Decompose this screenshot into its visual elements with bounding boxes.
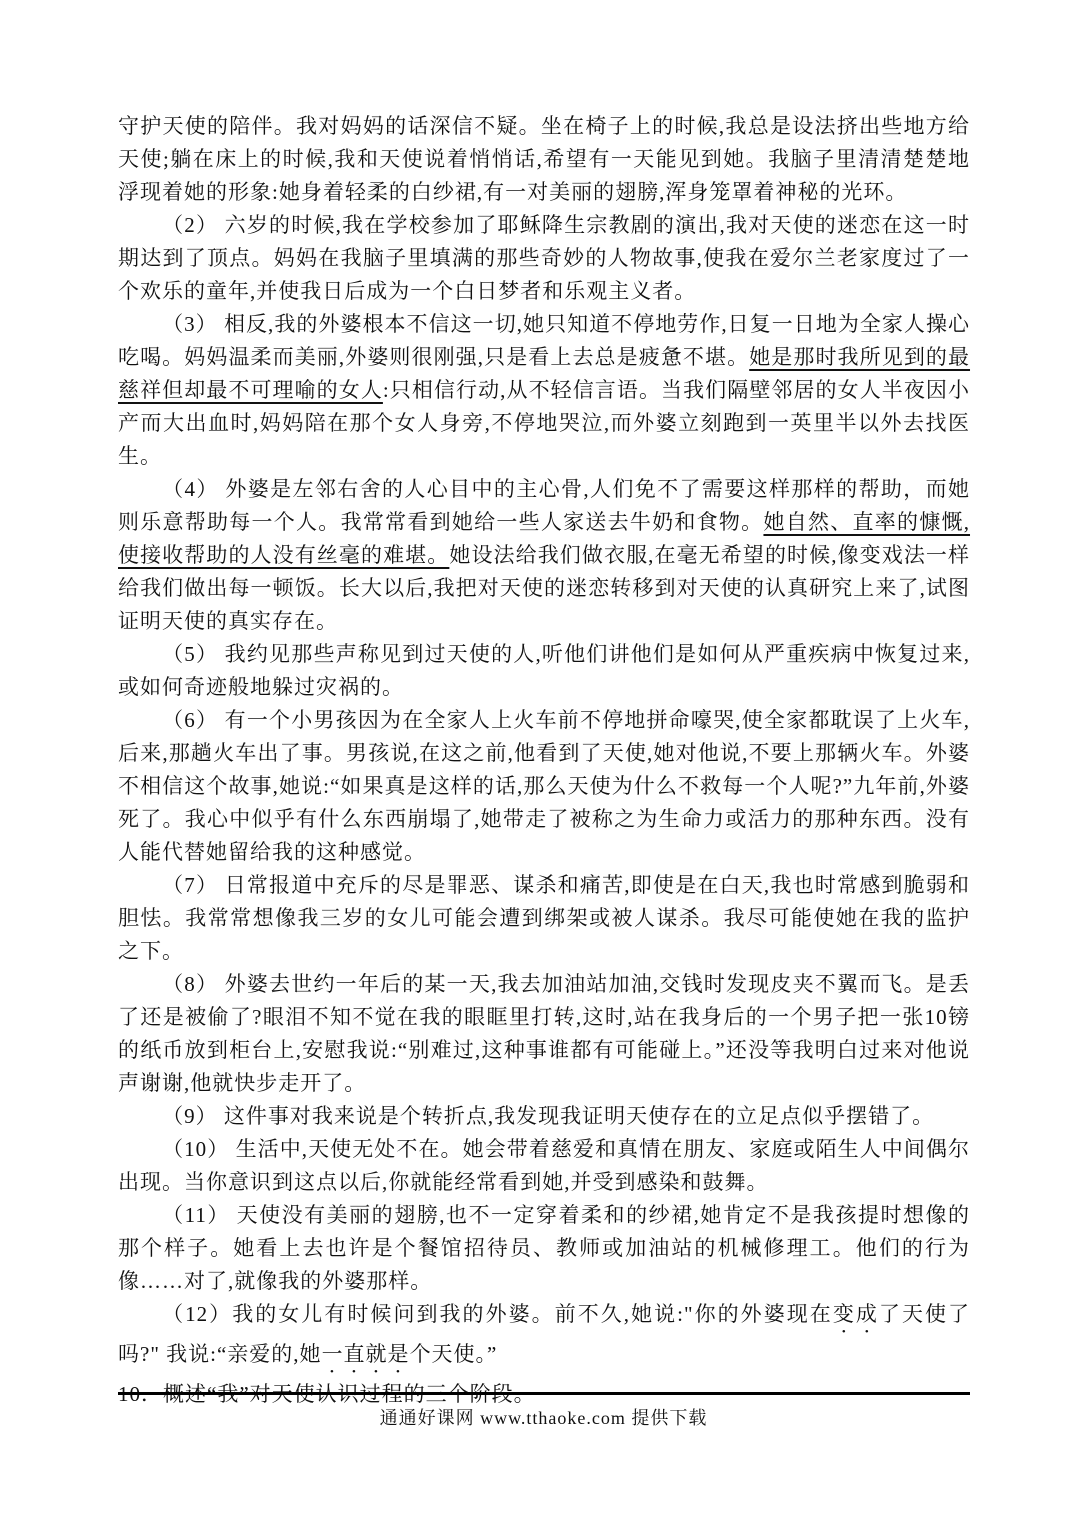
emphasized-text: 变成 <box>833 1302 879 1326</box>
text-segment: （10） 生活中,天使无处不在。她会带着慈爱和真情在朋友、家庭或陌生人中间偶尔出… <box>118 1137 970 1194</box>
paragraph: （5） 我约见那些声称见到过天使的人,听他们讲他们是如何从严重疾病中恢复过来,或… <box>118 638 970 704</box>
passage: 守护天使的陪伴。我对妈妈的话深信不疑。坐在椅子上的时候,我总是设法挤出些地方给天… <box>118 110 970 1411</box>
paragraph: （12）我的女儿有时候问到我的外婆。前不久,她说:"你的外婆现在变成了天使了吗?… <box>118 1298 970 1378</box>
text-segment: （8） 外婆去世约一年后的某一天,我去加油站加油,交钱时发现皮夹不翼而飞。是丢了… <box>118 972 970 1095</box>
text-segment: （9） 这件事对我来说是个转折点,我发现我证明天使存在的立足点似乎摆错了。 <box>162 1104 934 1128</box>
text-segment: （5） 我约见那些声称见到过天使的人,听他们讲他们是如何从严重疾病中恢复过来,或… <box>118 642 970 699</box>
paragraph: （4） 外婆是左邻右舍的人心目中的主心骨,人们免不了需要这样那样的帮助，而她则乐… <box>118 473 970 638</box>
paragraph: （8） 外婆去世约一年后的某一天,我去加油站加油,交钱时发现皮夹不翼而飞。是丢了… <box>118 968 970 1100</box>
paragraph: （10） 生活中,天使无处不在。她会带着慈爱和真情在朋友、家庭或陌生人中间偶尔出… <box>118 1133 970 1199</box>
paragraph: （11） 天使没有美丽的翅膀,也不一定穿着柔和的纱裙,她肯定不是我孩提时想像的那… <box>118 1199 970 1298</box>
text-segment: 个天使。” <box>410 1342 498 1366</box>
paragraph: （3） 相反,我的外婆根本不信这一切,她只知道不停地劳作,日复一日地为全家人操心… <box>118 308 970 473</box>
document-page: 守护天使的陪伴。我对妈妈的话深信不疑。坐在椅子上的时候,我总是设法挤出些地方给天… <box>0 0 1087 1536</box>
footer-divider <box>118 1392 970 1395</box>
text-segment: 守护天使的陪伴。我对妈妈的话深信不疑。坐在椅子上的时候,我总是设法挤出些地方给天… <box>118 114 970 204</box>
text-segment: （12）我的女儿有时候问到我的外婆。前不久,她说:"你的外婆现在 <box>162 1302 833 1326</box>
paragraph: （9） 这件事对我来说是个转折点,我发现我证明天使存在的立足点似乎摆错了。 <box>118 1100 970 1133</box>
paragraph: （6） 有一个小男孩因为在全家人上火车前不停地拼命嚎哭,使全家都耽误了上火车,后… <box>118 704 970 869</box>
text-segment: （2） 六岁的时候,我在学校参加了耶稣降生宗教剧的演出,我对天使的迷恋在这一时期… <box>118 213 970 303</box>
emphasized-text: 一直就是 <box>322 1342 410 1366</box>
paragraph: （2） 六岁的时候,我在学校参加了耶稣降生宗教剧的演出,我对天使的迷恋在这一时期… <box>118 209 970 308</box>
footer-text: 通通好课网 www.tthaoke.com 提供下载 <box>0 1404 1087 1430</box>
paragraph: （7） 日常报道中充斥的尽是罪恶、谋杀和痛苦,即使是在白天,我也时常感到脆弱和胆… <box>118 869 970 968</box>
text-segment: （6） 有一个小男孩因为在全家人上火车前不停地拼命嚎哭,使全家都耽误了上火车,后… <box>118 708 970 864</box>
text-segment: （11） 天使没有美丽的翅膀,也不一定穿着柔和的纱裙,她肯定不是我孩提时想像的那… <box>118 1203 970 1293</box>
paragraph: 守护天使的陪伴。我对妈妈的话深信不疑。坐在椅子上的时候,我总是设法挤出些地方给天… <box>118 110 970 209</box>
text-segment: （7） 日常报道中充斥的尽是罪恶、谋杀和痛苦,即使是在白天,我也时常感到脆弱和胆… <box>118 873 970 963</box>
passage-paragraphs: 守护天使的陪伴。我对妈妈的话深信不疑。坐在椅子上的时候,我总是设法挤出些地方给天… <box>118 110 970 1378</box>
